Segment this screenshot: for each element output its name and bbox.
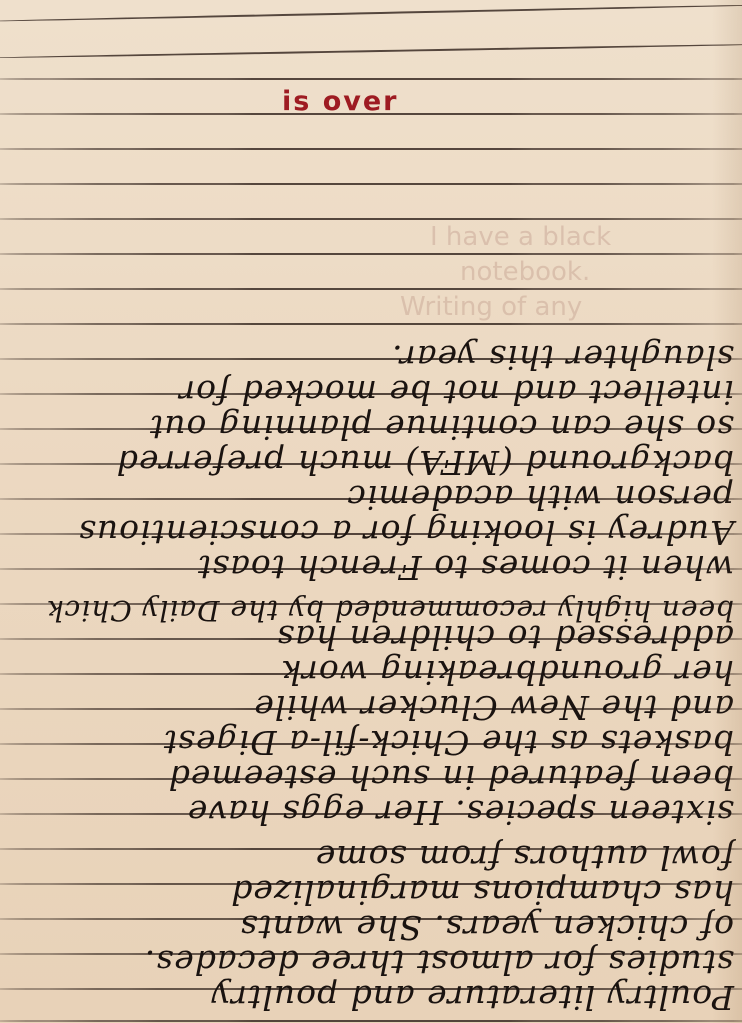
upside-down-handwriting: Poultry literature and poultry studies f…	[0, 0, 742, 1023]
handwritten-line: and the New Clucker while	[253, 688, 734, 727]
handwritten-line: sixteen species. Her eggs have	[187, 793, 734, 832]
handwritten-line: of chicken years. She wants	[240, 908, 734, 947]
handwritten-line: has champions marginalized	[230, 873, 734, 912]
handwritten-line: been featured in such esteemed	[168, 758, 734, 797]
handwritten-line: her groundbreaking work	[280, 653, 734, 692]
handwritten-line: background (MFA) much preferred	[116, 443, 734, 482]
handwritten-line: intellect and not be mocked for	[178, 373, 734, 412]
handwritten-line: baskets as the Chick-fil-a Digest	[163, 723, 734, 762]
handwritten-line: Audrey is looking for a conscientious	[78, 513, 734, 552]
handwritten-line: studies for almost three decades.	[144, 943, 734, 982]
handwritten-line: Poultry literature and poultry	[211, 978, 734, 1017]
handwritten-line: been highly recommended by the Daily Chi…	[46, 594, 734, 627]
handwritten-line: when it comes to French toast	[197, 548, 734, 587]
handwritten-line: so she can continue planning out	[149, 408, 734, 447]
page-edge-shadow	[712, 0, 742, 1023]
handwritten-line: person with academic	[346, 478, 734, 517]
notebook-page: is over I have a black notebook. Writing…	[0, 0, 742, 1023]
handwritten-line: fowl authors from some	[315, 838, 734, 877]
handwritten-line: slaughter this year.	[391, 338, 734, 377]
